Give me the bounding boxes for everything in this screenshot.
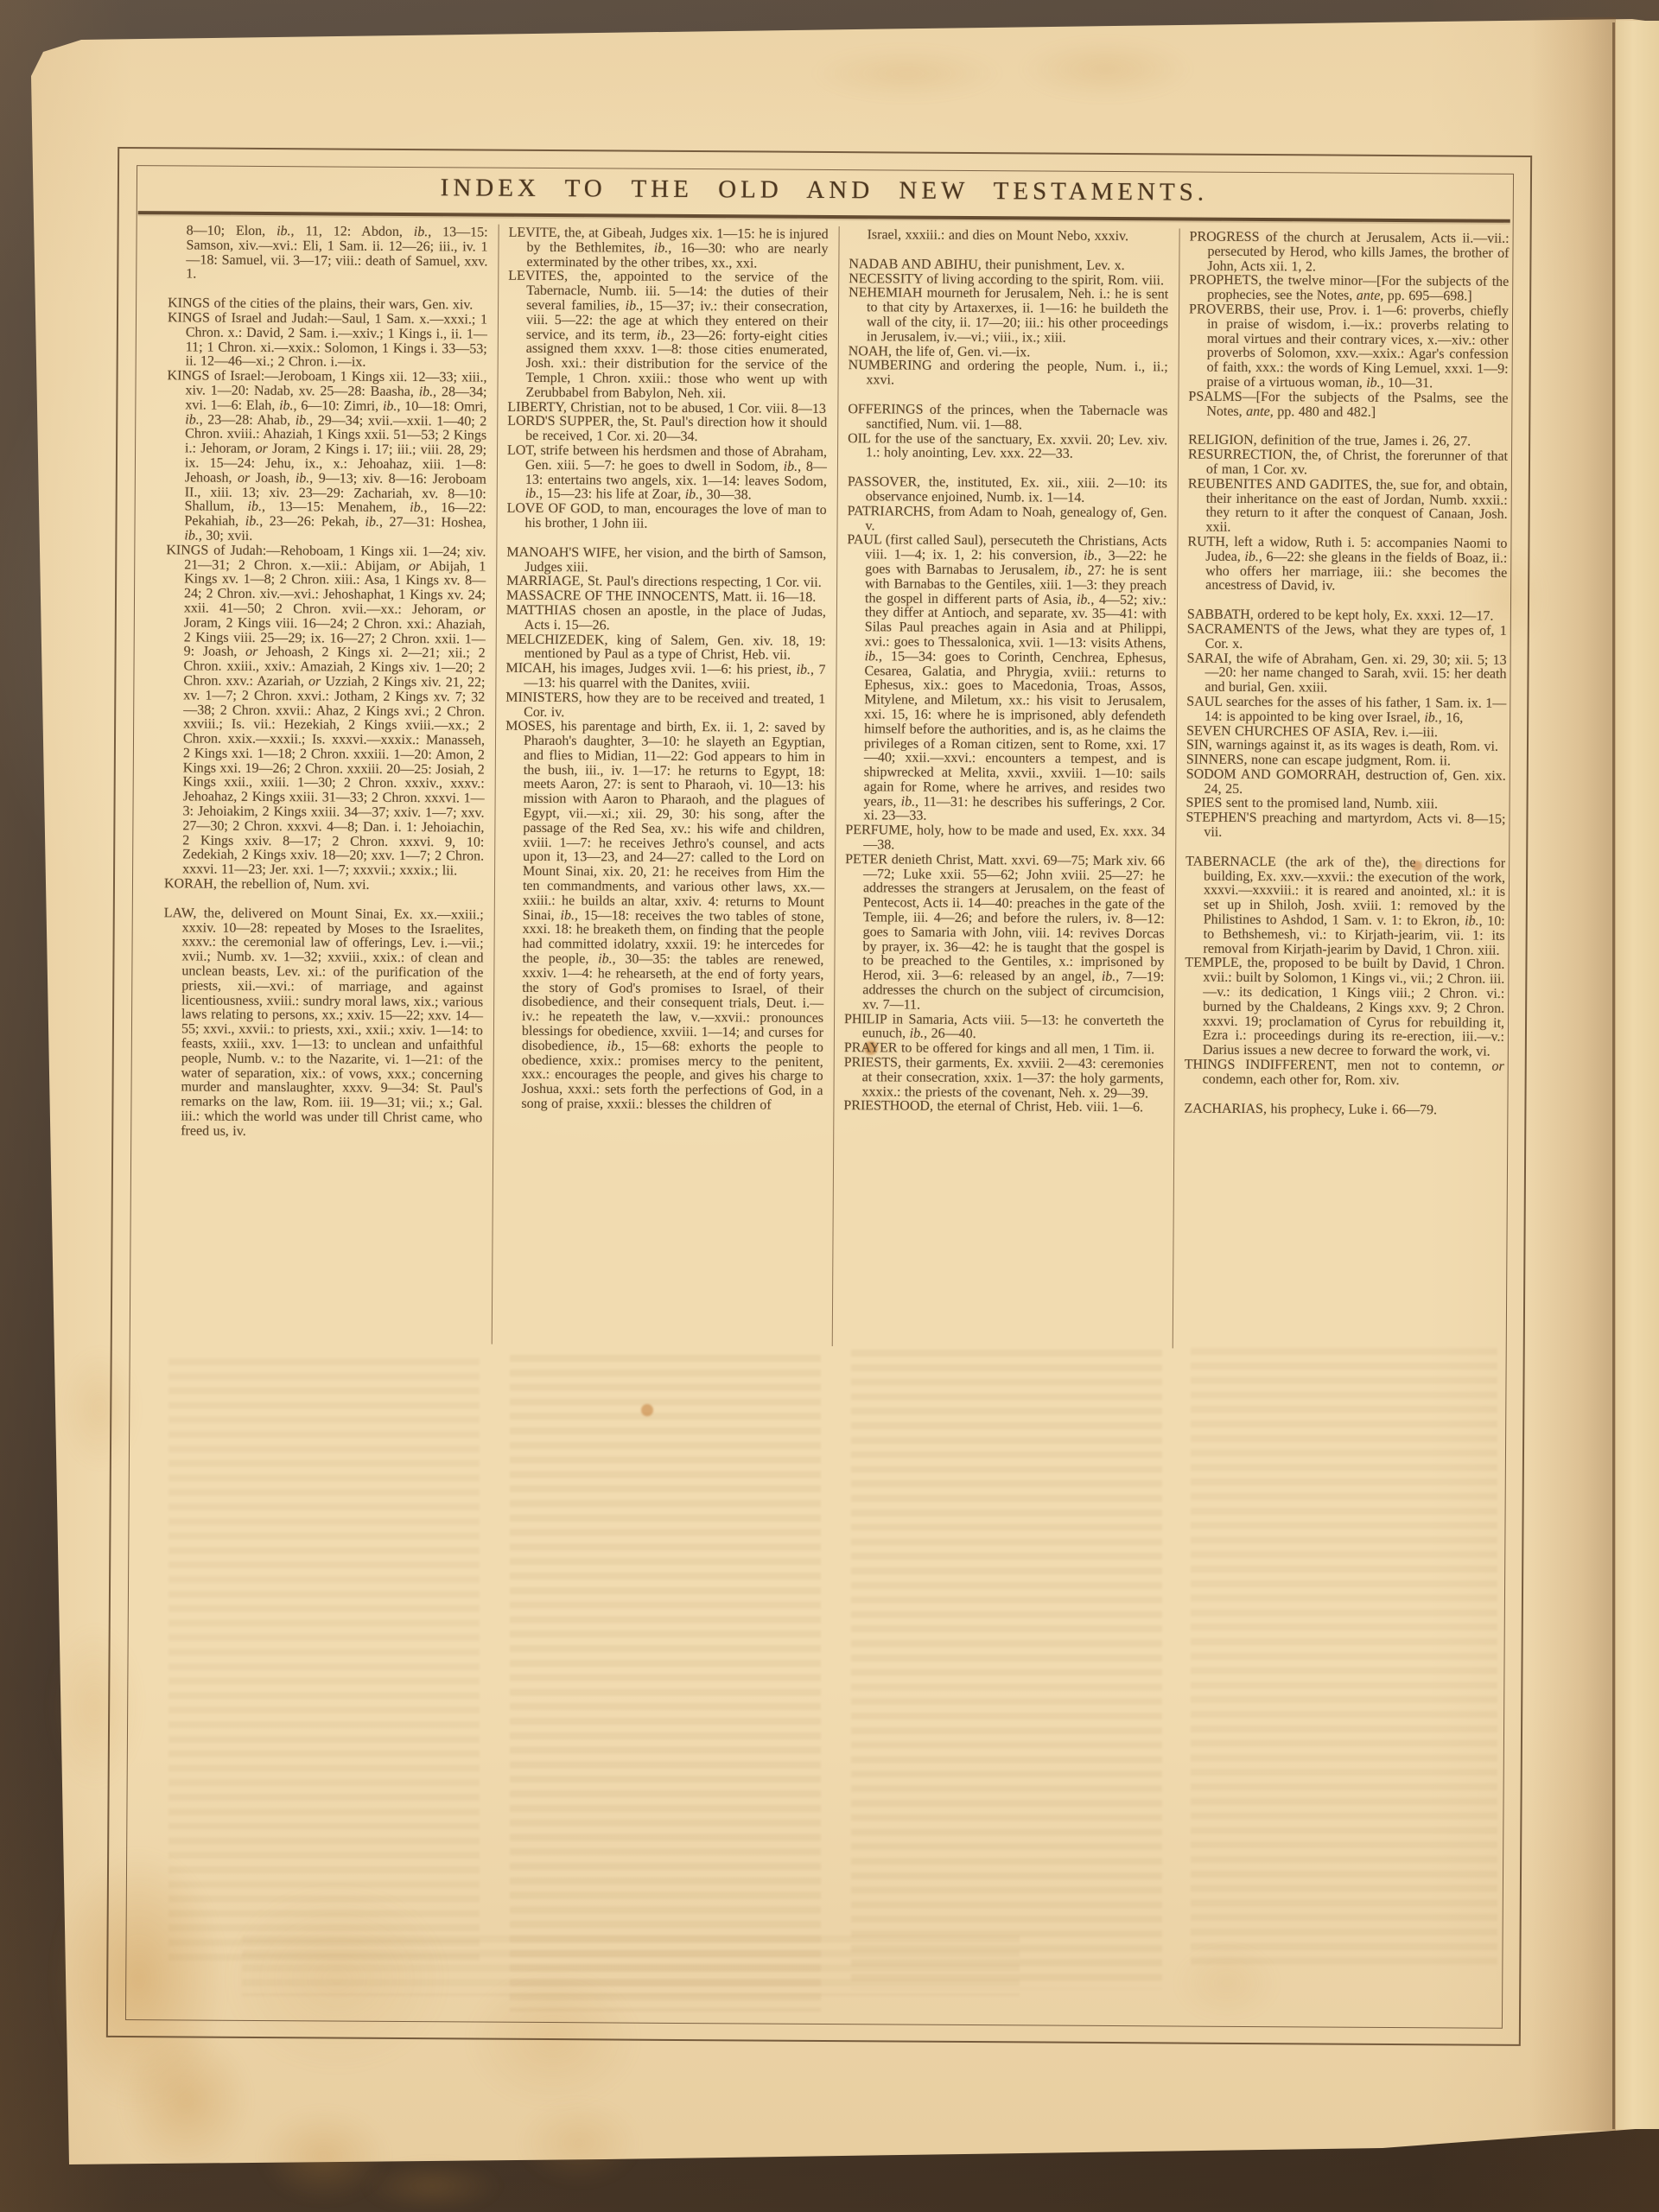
index-entry: STEPHEN'S preaching and martyrdom, Acts …	[1185, 811, 1505, 842]
index-entry: PHILIP in Samaria, Acts viii. 5—13: he c…	[844, 1013, 1164, 1044]
index-entry: MICAH, his images, Judges xvii. 1—6: his…	[505, 662, 825, 693]
index-entry: LEVITE, the, at Gibeah, Judges xix. 1—15…	[508, 226, 828, 272]
index-entry: MELCHIZEDEK, king of Salem, Gen. xiv. 18…	[506, 632, 826, 664]
index-column-3: Israel, xxxiii.: and dies on Mount Nebo,…	[843, 228, 1168, 1116]
index-entry: TEMPLE, the, proposed to be built by Dav…	[1185, 957, 1505, 1060]
index-entry: OFFERINGS of the princes, when the Taber…	[848, 403, 1167, 434]
index-entry: LAW, the, delivered on Mount Sinai, Ex. …	[162, 906, 484, 1141]
index-entry: PROVERBS, their use, Prov. i. 1—6: prove…	[1189, 303, 1510, 392]
index-entry: KINGS of Israel and Judah:—Saul, 1 Sam. …	[168, 311, 487, 371]
index-entry: RUTH, left a widow, Ruth i. 5: accompani…	[1187, 535, 1507, 594]
index-entry: KINGS of Israel:—Jeroboam, 1 Kings xii. …	[166, 369, 486, 545]
index-entry: NUMBERING and ordering the people, Num. …	[849, 359, 1168, 390]
index-entry: PRIESTS, their garments, Ex. xxviii. 2—4…	[843, 1056, 1163, 1102]
index-entry: Israel, xxxiii.: and dies on Mount Nebo,…	[849, 228, 1169, 245]
index-entry: PETER denieth Christ, Matt. xxvi. 69—75;…	[844, 853, 1165, 1014]
index-entry: PROGRESS of the church at Jerusalem, Act…	[1189, 231, 1509, 276]
index-entry: PAUL (first called Saul), persecuteth th…	[845, 533, 1166, 825]
index-entry: LOT, strife between his herdsmen and tho…	[507, 444, 827, 504]
index-entry: LEVITES, the, appointed to the service o…	[507, 270, 828, 402]
index-column-1: 8—10; Elon, ib., 11, 12: Abdon, ib., 13—…	[162, 224, 487, 1141]
index-entry: PROPHETS, the twelve minor—[For the subj…	[1189, 274, 1509, 305]
index-column-4: PROGRESS of the church at Jerusalem, Act…	[1184, 231, 1509, 1119]
index-entry: OIL for the use of the sanctuary, Ex. xx…	[848, 432, 1167, 463]
index-entry: PRIESTHOOD, the eternal of Christ, Heb. …	[843, 1100, 1163, 1116]
index-entry: SACRAMENTS of the Jews, what they are ty…	[1187, 622, 1507, 653]
index-entry: MINISTERS, how they are to be received a…	[505, 690, 825, 721]
index-entry: SARAI, the wife of Abraham, Gen. xi. 29,…	[1186, 652, 1506, 697]
index-entry: PSALMS—[For the subjects of the Psalms, …	[1188, 390, 1508, 421]
index-entry: SODOM AND GOMORRAH, destruction of, Gen.…	[1186, 767, 1506, 798]
index-entry: PERFUME, holy, how to be made and used, …	[845, 823, 1165, 855]
index-entry: TABERNACLE (the ark of the), the directi…	[1185, 855, 1506, 958]
index-entry: KINGS of Judah:—Rehoboam, 1 Kings xii. 1…	[164, 543, 486, 880]
index-entry: PASSOVER, the, instituted, Ex. xii., xii…	[848, 475, 1167, 506]
index-entry: PATRIARCHS, from Adam to Noah, genealogy…	[847, 505, 1166, 536]
index-columns: 8—10; Elon, ib., 11, 12: Abdon, ib., 13—…	[162, 224, 1509, 1147]
index-entry: LORD'S SUPPER, the, St. Paul's direction…	[507, 415, 827, 446]
index-column-2: LEVITE, the, at Gibeah, Judges xix. 1—15…	[503, 226, 828, 1114]
index-entry: LOVE OF GOD, to man, encourages the love…	[506, 502, 826, 533]
index-entry: REUBENITES AND GADITES, the, sue for, an…	[1187, 477, 1507, 537]
printed-frame: INDEX TO THE OLD AND NEW TESTAMENTS. 8—1…	[0, 0, 1659, 2212]
page-edge-line	[1612, 22, 1615, 2129]
index-entry: SAUL searches for the asses of his fathe…	[1186, 695, 1506, 726]
index-entry: KORAH, the rebellion of, Num. xvi.	[164, 877, 484, 893]
index-entry: ZACHARIAS, his prophecy, Luke i. 66—79.	[1184, 1102, 1503, 1118]
index-entry: NEHEMIAH mourneth for Jerusalem, Neh. i.…	[849, 287, 1168, 346]
index-entry: MANOAH'S WIFE, her vision, and the birth…	[506, 545, 826, 576]
index-entry: RESURRECTION, the, of Christ, the foreru…	[1188, 448, 1508, 480]
photo-background: INDEX TO THE OLD AND NEW TESTAMENTS. 8—1…	[0, 0, 1659, 2212]
index-entry: THINGS INDIFFERENT, men not to contemn, …	[1185, 1058, 1504, 1090]
index-entry: 8—10; Elon, ib., 11, 12: Abdon, ib., 13—…	[168, 224, 487, 283]
adjacent-page-edge	[1616, 21, 1659, 2129]
index-entry: MATTHIAS chosen an apostle, in the place…	[506, 604, 826, 635]
index-entry: MOSES, his parentage and birth, Ex. ii. …	[503, 720, 825, 1114]
